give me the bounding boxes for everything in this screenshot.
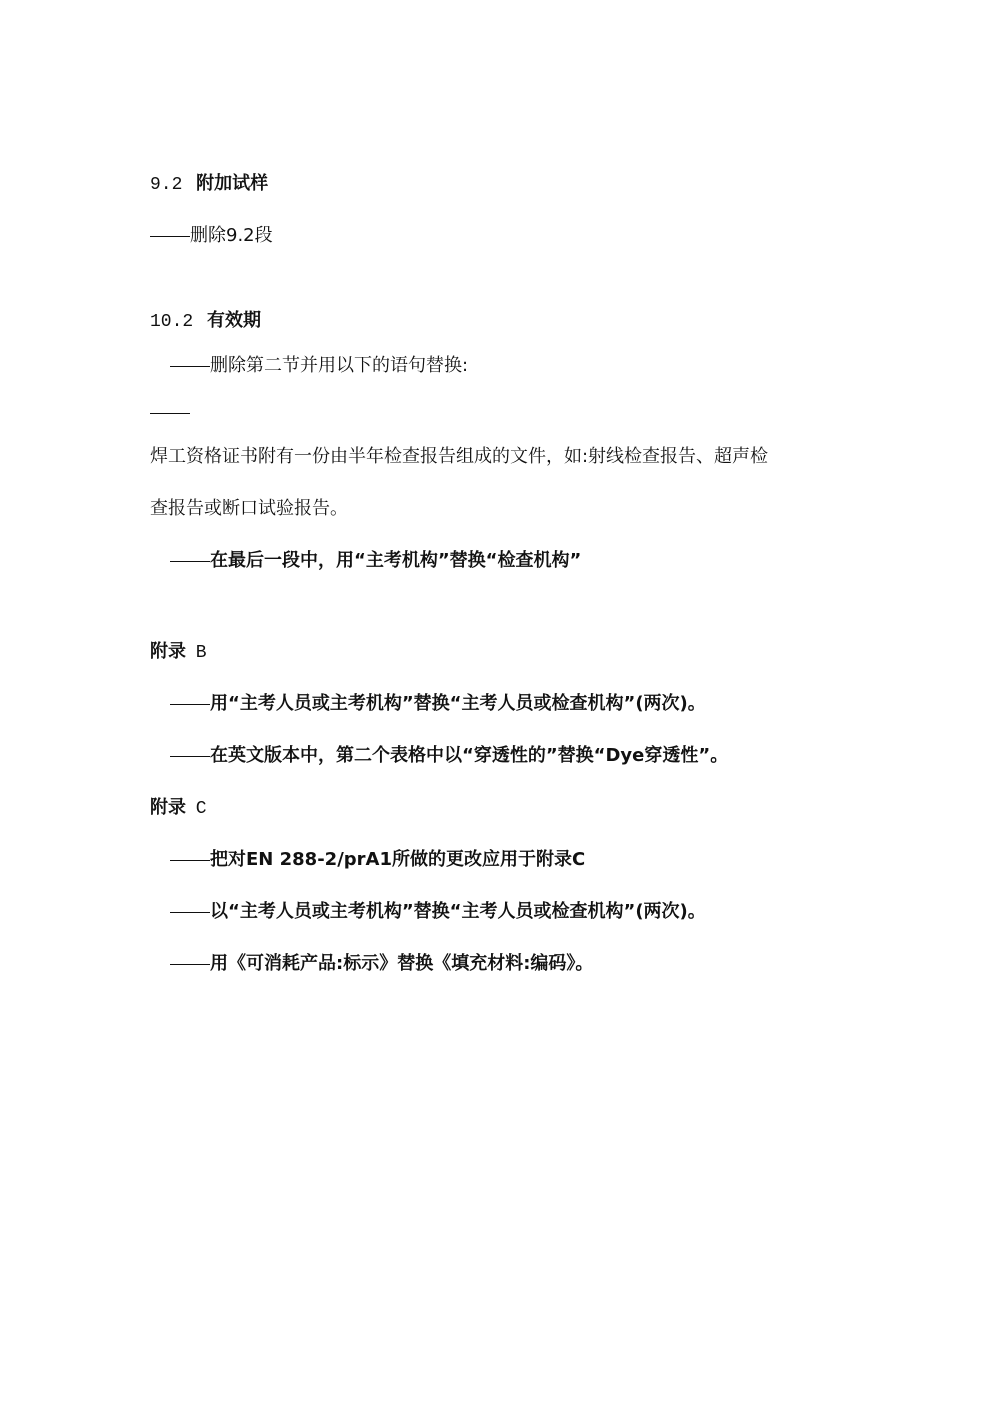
short-rule — [150, 413, 190, 414]
section-heading-10-2: 10.2 有效期 — [150, 309, 261, 334]
list-item: 把对EN 288-2/prA1所做的更改应用于附录C — [170, 848, 585, 872]
list-item: 用“主考人员或主考机构”替换“主考人员或检查机构”(两次)。 — [170, 692, 706, 716]
section-heading-appendix-b: 附录 B — [150, 640, 207, 665]
section-heading-9-2: 9.2 附加试样 — [150, 172, 268, 197]
em-dash — [150, 236, 190, 237]
em-dash — [170, 756, 210, 757]
list-item: 在最后一段中，用“主考机构”替换“检查机构” — [170, 549, 581, 573]
list-item: 删除9.2段 — [150, 224, 273, 248]
list-item: 以“主考人员或主考机构”替换“主考人员或检查机构”(两次)。 — [170, 900, 706, 924]
em-dash — [170, 366, 210, 367]
em-dash — [170, 704, 210, 705]
em-dash — [170, 860, 210, 861]
quoted-text-line: 焊工资格证书附有一份由半年检查报告组成的文件，如:射线检查报告、超声检 — [150, 445, 768, 469]
em-dash — [170, 964, 210, 965]
em-dash — [170, 561, 210, 562]
quoted-text-line: 查报告或断口试验报告。 — [150, 497, 348, 521]
em-dash — [170, 912, 210, 913]
list-item: 用《可消耗产品:标示》替换《填充材料:编码》。 — [170, 952, 593, 976]
list-item: 删除第二节并用以下的语句替换: — [170, 354, 468, 378]
list-item: 在英文版本中，第二个表格中以“穿透性的”替换“Dye穿透性”。 — [170, 744, 728, 768]
section-heading-appendix-c: 附录 C — [150, 796, 207, 821]
